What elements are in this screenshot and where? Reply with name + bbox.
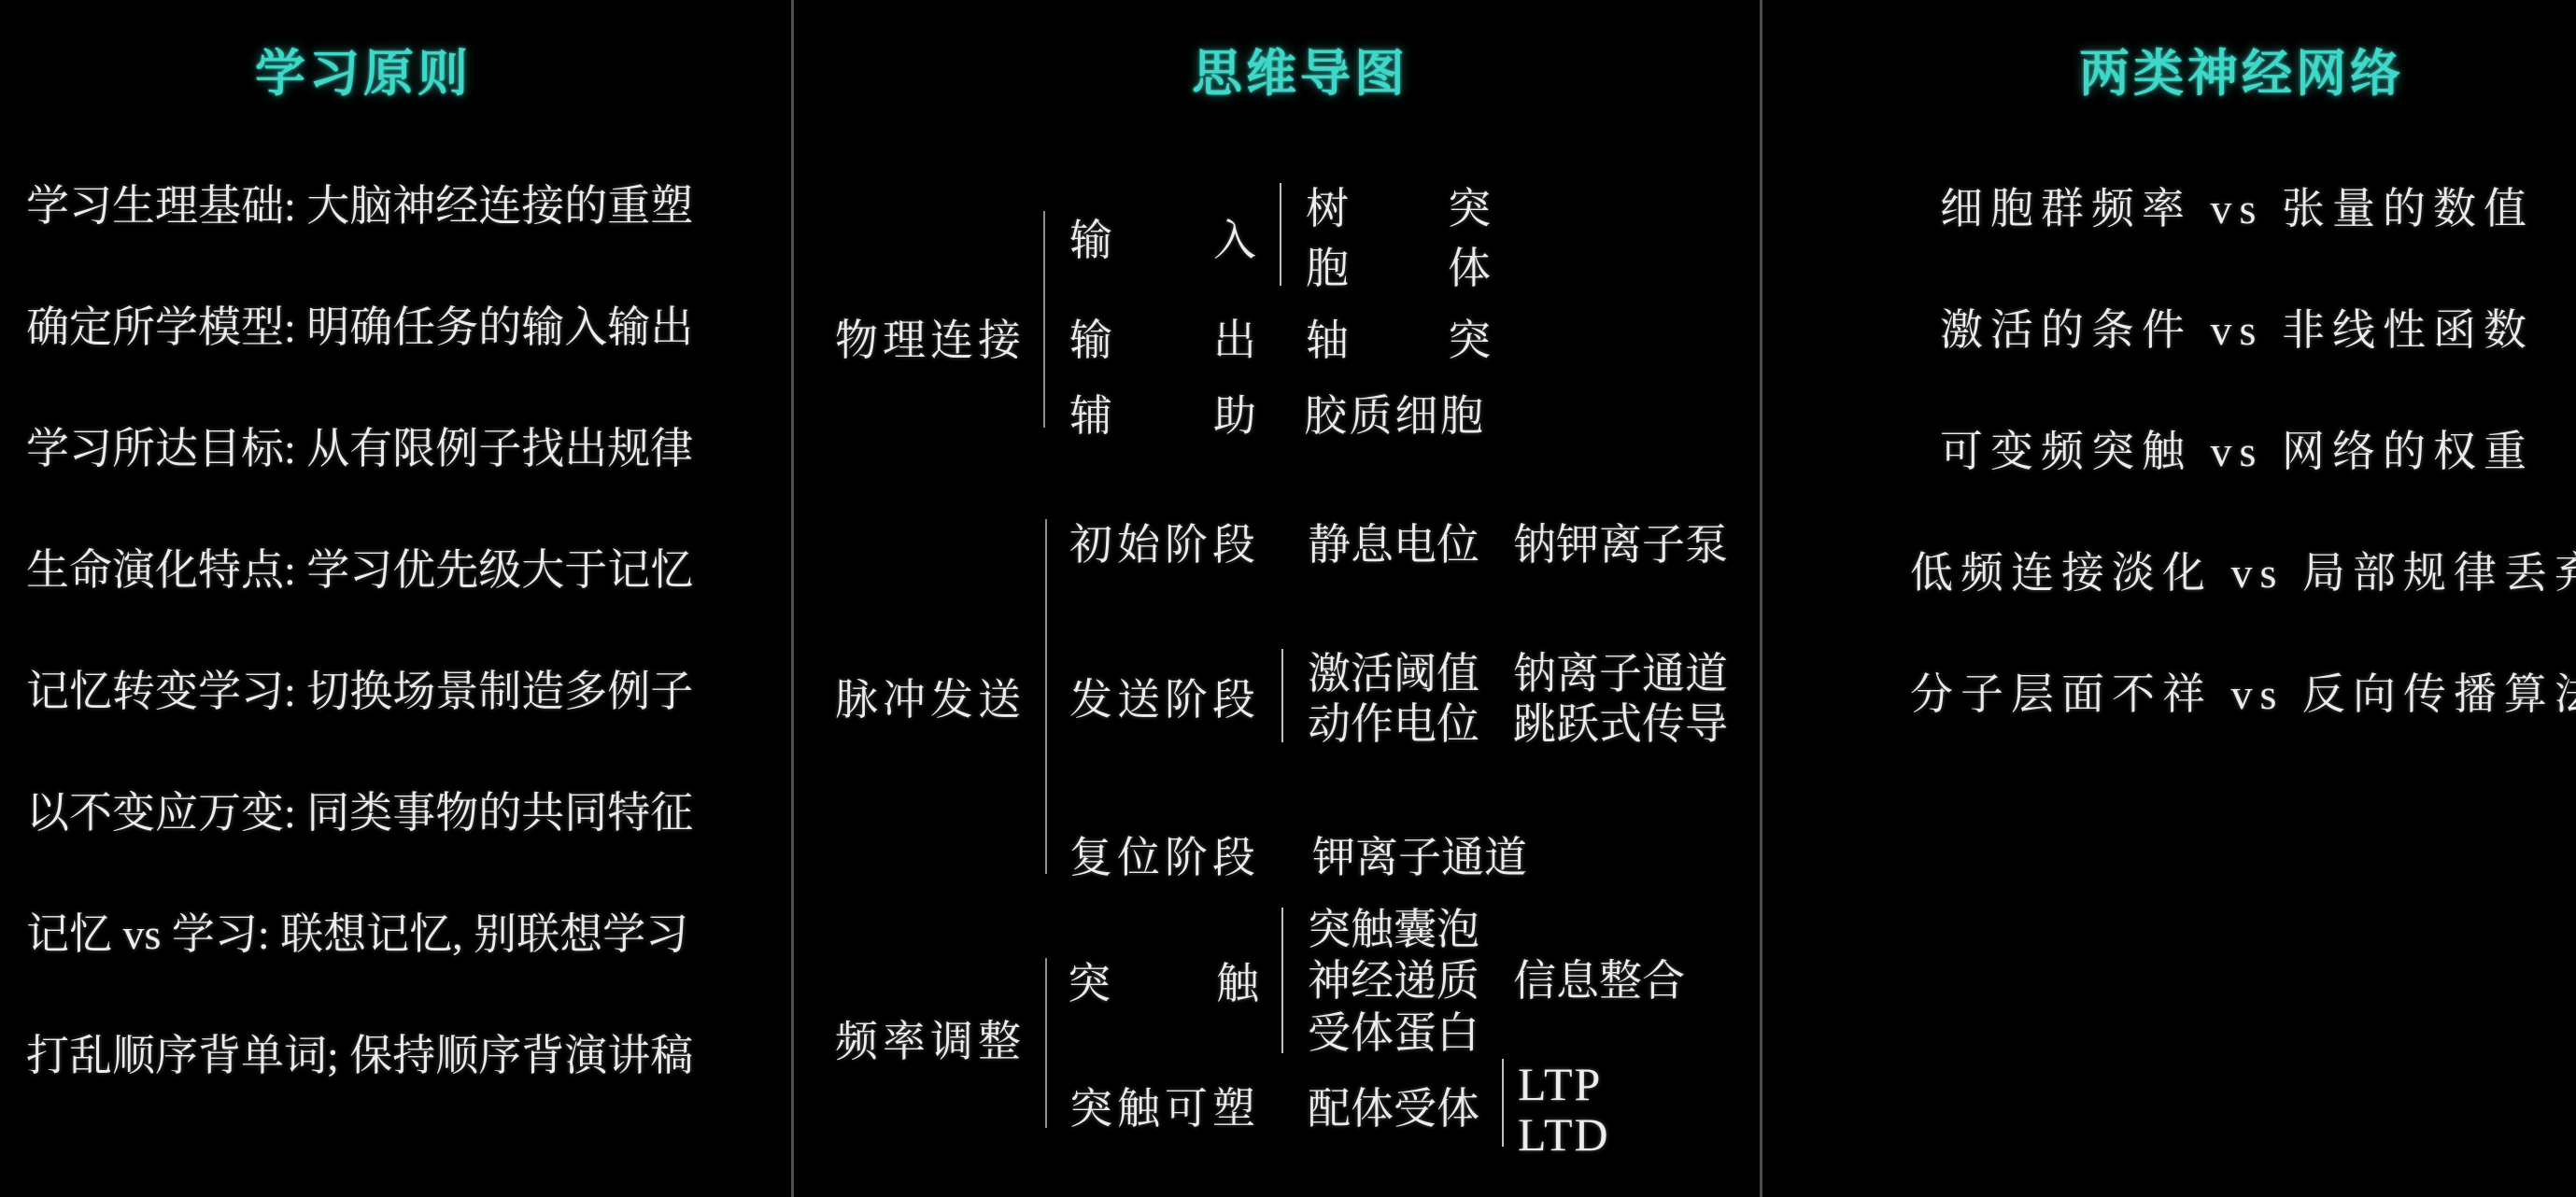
mindmap-leaf: 动作电位 — [1308, 698, 1479, 751]
mindmap-leaf: 钠钾离子泵 — [1513, 519, 1728, 571]
comparison-item: 激活的条件 vs 非线性函数 — [1910, 304, 2564, 357]
mindmap-leaf: 跳跃式传导 — [1513, 698, 1728, 751]
mindmap-node: 输入 — [1069, 215, 1256, 267]
mindmap-leaf: 受体蛋白 — [1308, 1007, 1479, 1060]
sub-branch-line — [1281, 649, 1283, 742]
sub-branch-line — [1280, 183, 1281, 286]
column-divider — [1760, 0, 1762, 1197]
mindmap-node: 辅助 — [1069, 390, 1256, 443]
mindmap-leaf: 神经递质 — [1308, 955, 1479, 1007]
mindmap-leaf: LTP — [1518, 1059, 1602, 1109]
right-panel-title: 两类神经网络 — [1877, 34, 2576, 93]
mindmap-leaf: 胞体 — [1306, 243, 1491, 295]
mindmap-node: 发送阶段 — [1069, 674, 1260, 726]
sub-branch-line — [1502, 1059, 1504, 1147]
comparison-item: 细胞群频率 vs 张量的数值 — [1910, 183, 2564, 235]
mindmap-node: 复位阶段 — [1069, 832, 1260, 884]
mindmap-leaf: 胶质细胞 — [1304, 390, 1483, 443]
column-divider — [791, 0, 794, 1197]
comparison-item: 低频连接淡化 vs 局部规律丢弃 — [1910, 547, 2564, 599]
mindmap-leaf: 静息电位 — [1308, 519, 1479, 571]
mindmap-leaf: 突触囊泡 — [1308, 904, 1479, 956]
branch-line — [1045, 519, 1047, 874]
mindmap-leaf: 配体受体 — [1308, 1083, 1479, 1135]
mindmap-leaf: 树突 — [1306, 183, 1491, 235]
branch-line — [1043, 211, 1045, 428]
slide: 学习原则 学习生理基础: 大脑神经连接的重塑 确定所学模型: 明确任务的输入输出… — [0, 0, 2576, 1197]
mindmap-node: 初始阶段 — [1069, 519, 1260, 571]
mindmap-leaf: 激活阈值 — [1308, 648, 1479, 700]
mindmap-group-label: 物理连接 — [835, 315, 1026, 367]
mindmap-title: 思维导图 — [936, 34, 1664, 93]
mindmap-leaf: 信息整合 — [1513, 955, 1685, 1007]
list-item: 学习生理基础: 大脑神经连接的重塑 — [26, 180, 693, 232]
branch-line — [1045, 958, 1047, 1128]
list-item: 打乱顺序背单词; 保持顺序背演讲稿 — [26, 1030, 693, 1082]
list-item: 记忆转变学习: 切换场景制造多例子 — [26, 666, 693, 718]
mindmap-node: 输出 — [1069, 315, 1256, 367]
list-item: 生命演化特点: 学习优先级大于记忆 — [26, 544, 693, 597]
mindmap-node: 突触 — [1068, 958, 1259, 1010]
list-item: 学习所达目标: 从有限例子找出规律 — [26, 423, 693, 475]
mindmap-group-label: 脉冲发送 — [835, 674, 1026, 726]
mindmap-leaf: 钾离子通道 — [1312, 832, 1527, 884]
list-item: 记忆 vs 学习: 联想记忆, 别联想学习 — [26, 908, 688, 961]
comparison-item: 可变频突触 vs 网络的权重 — [1910, 426, 2564, 478]
mindmap-leaf: 轴突 — [1306, 315, 1491, 367]
mindmap-node: 突触可塑 — [1069, 1083, 1260, 1135]
mindmap-leaf: LTD — [1518, 1109, 1610, 1160]
left-panel-title: 学习原则 — [0, 34, 727, 93]
sub-branch-line — [1281, 908, 1283, 1053]
list-item: 以不变应万变: 同类事物的共同特征 — [26, 787, 693, 839]
mindmap-leaf: 钠离子通道 — [1513, 648, 1728, 700]
comparison-item: 分子层面不祥 vs 反向传播算法 — [1910, 669, 2564, 721]
list-item: 确定所学模型: 明确任务的输入输出 — [26, 302, 693, 354]
mindmap-group-label: 频率调整 — [835, 1016, 1026, 1068]
